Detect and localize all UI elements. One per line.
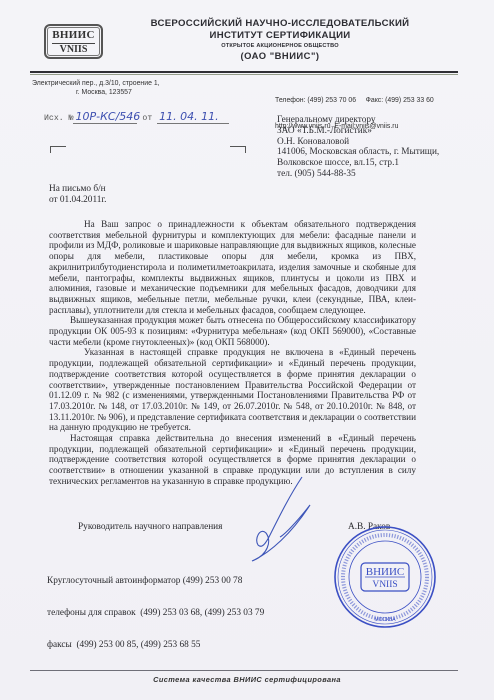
addressee-line: ЗАО «Т.Б.М.-Логистик»	[277, 126, 439, 137]
body-paragraph: Вышеуказанная продукция может быть отнес…	[49, 315, 416, 347]
org-name-line2: ИНСТИТУТ СЕРТИФИКАЦИИ	[140, 30, 420, 42]
contact-info: Круглосуточный автоинформатор (499) 253 …	[47, 554, 264, 673]
org-short-name: (ОАО "ВНИИС")	[140, 50, 420, 62]
outgoing-reference: Исх. №10Р-КС/546 от 11. 04. 11.	[44, 110, 229, 124]
ref-prefix: Исх. №	[44, 114, 73, 123]
header-divider-thin	[30, 74, 458, 75]
org-address: Электрический пер., д.3/10, строение 1, …	[32, 80, 160, 97]
corner-mark-left	[50, 146, 66, 153]
letter-page: ВНИИС VNIIS ВСЕРОССИЙСКИЙ НАУЧНО-ИССЛЕДО…	[0, 0, 494, 700]
body-paragraph: Указанная в настоящей справке продукция …	[49, 347, 416, 433]
footer-quality-note: Система качества ВНИИС сертифицирована	[0, 675, 494, 684]
reply-line-2: от 01.04.2011г.	[49, 195, 107, 206]
footer-divider	[30, 670, 458, 671]
handwritten-signature	[240, 475, 320, 565]
org-legal-form: ОТКРЫТОЕ АКЦИОНЕРНОЕ ОБЩЕСТВО	[140, 42, 420, 50]
ref-from-label: от	[142, 114, 152, 123]
stamp-text-ru: ВНИИС	[366, 566, 405, 578]
addressee-line: 141006, Московская область, г. Мытищи,	[277, 147, 439, 158]
addressee-block: Генеральному директору ЗАО «Т.Б.М.-Логис…	[277, 115, 439, 180]
reply-line-1: На письмо б/н	[49, 184, 107, 195]
ref-number: 10Р-КС/546	[73, 110, 137, 124]
reply-reference: На письмо б/н от 01.04.2011г.	[49, 184, 107, 206]
stamp-city: МОСКВА	[374, 617, 396, 623]
addressee-line: Генеральному директору	[277, 115, 439, 126]
vniis-logo: ВНИИС VNIIS	[44, 24, 103, 59]
address-line-1: Электрический пер., д.3/10, строение 1,	[32, 80, 160, 89]
letterhead-title: ВСЕРОССИЙСКИЙ НАУЧНО-ИССЛЕДОВАТЕЛЬСКИЙ И…	[140, 18, 420, 62]
signatory-role: Руководитель научного направления	[78, 522, 222, 532]
org-name-line1: ВСЕРОССИЙСКИЙ НАУЧНО-ИССЛЕДОВАТЕЛЬСКИЙ	[140, 18, 420, 30]
address-line-2: г. Москва, 123557	[32, 89, 160, 98]
logo-line-en: VNIIS	[46, 44, 101, 56]
addressee-line: О.Н. Коноваловой	[277, 137, 439, 148]
logo-line-ru: ВНИИС	[46, 29, 101, 42]
letter-body: На Ваш запрос о принадлежности к объекта…	[49, 219, 416, 487]
contact-autoinformer: Круглосуточный автоинформатор (499) 253 …	[47, 576, 264, 587]
body-paragraph: На Ваш запрос о принадлежности к объекта…	[49, 219, 416, 315]
ref-date: 11. 04. 11.	[157, 110, 229, 124]
stamp-text-en: VNIIS	[372, 580, 397, 590]
official-stamp: ВНИИС VNIIS МОСКВА	[333, 525, 437, 629]
addressee-line: Волковское шоссе, вл.15, стр.1	[277, 158, 439, 169]
corner-mark-right	[230, 146, 246, 153]
contact-phones: телефоны для справок (499) 253 03 68, (4…	[47, 608, 264, 619]
body-paragraph: Настоящая справка действительна до внесе…	[49, 433, 416, 487]
header-divider	[30, 71, 458, 73]
contact-faxes: факсы (499) 253 00 85, (499) 253 68 55	[47, 640, 264, 651]
addressee-line: тел. (905) 544-88-35	[277, 169, 439, 180]
phone-fax-line: Телефон: (499) 253 70 06 Факс: (499) 253…	[275, 97, 434, 106]
